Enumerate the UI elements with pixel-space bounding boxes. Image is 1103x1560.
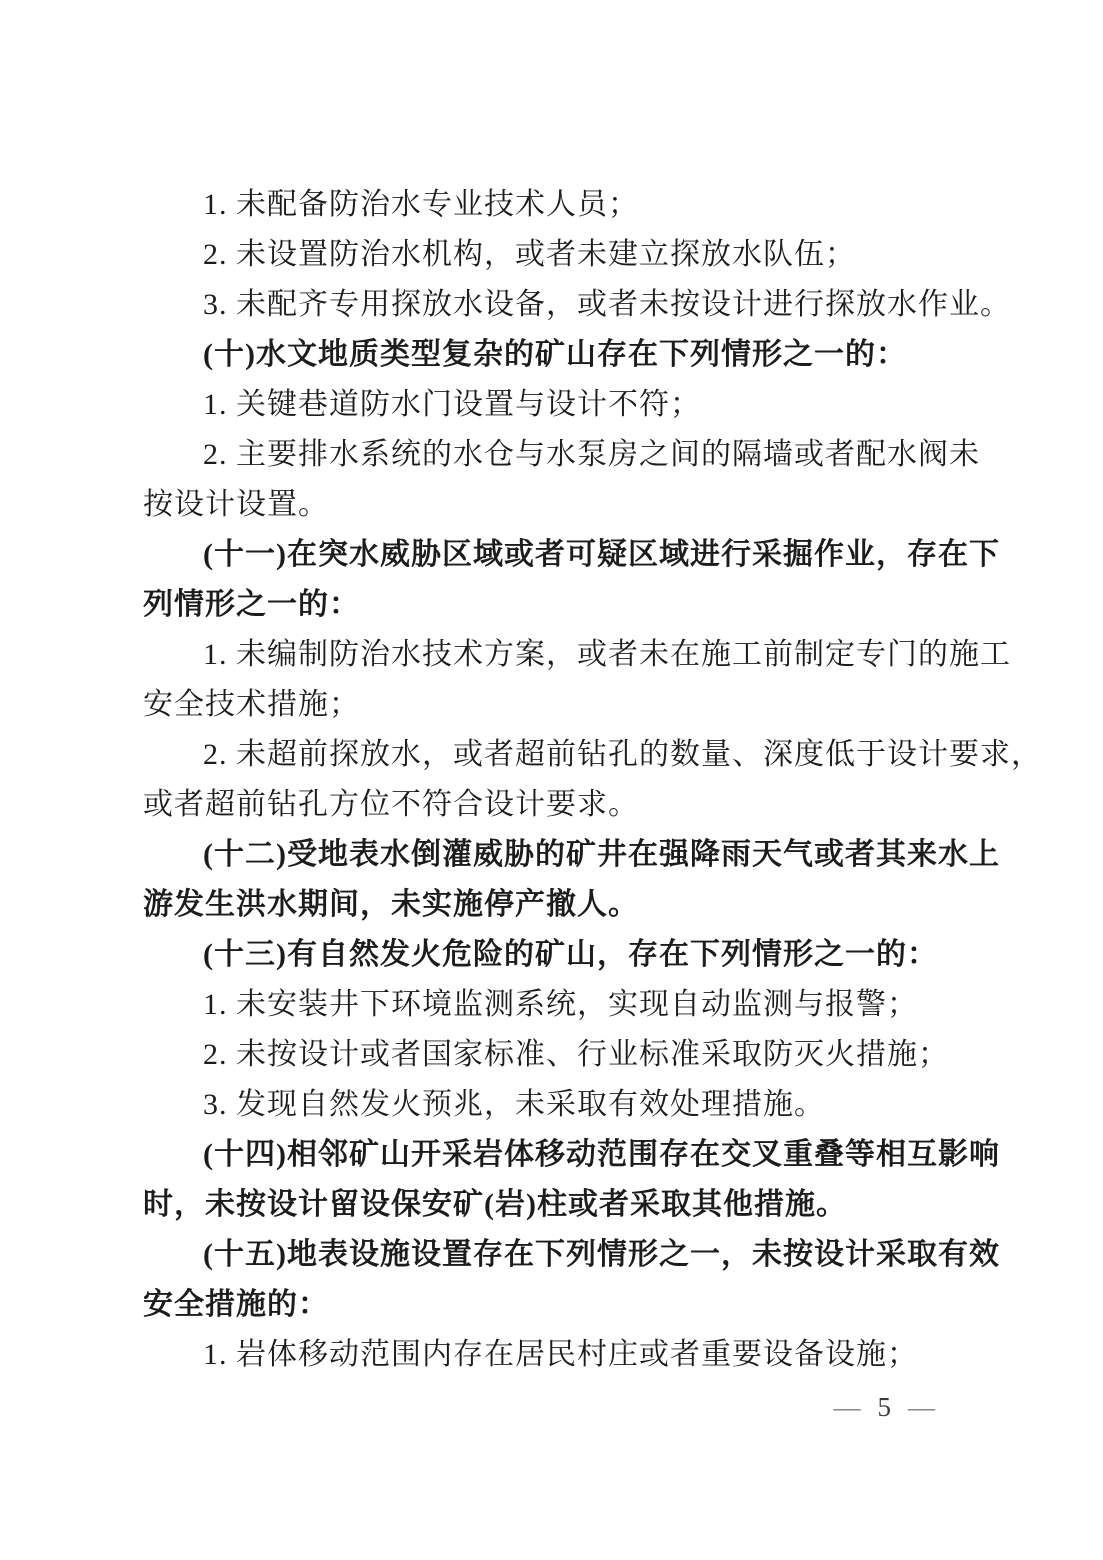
text-line: 时，未按设计留设保安矿(岩)柱或者采取其他措施。 (143, 1180, 975, 1230)
clause-item: 2. 主要排水系统的水仓与水泵房之间的隔墙或者配水阀未 按设计设置。 (143, 430, 975, 530)
text-line: 1. 岩体移动范围内存在居民村庄或者重要设备设施； (143, 1330, 975, 1380)
clause-item: 1. 未安装井下环境监测系统，实现自动监测与报警； (143, 980, 975, 1030)
page-number-dash-right: — (908, 1392, 935, 1423)
text-line: 1. 关键巷道防水门设置与设计不符； (143, 380, 975, 430)
page-body: 1. 未配备防治水专业技术人员； 2. 未设置防治水机构，或者未建立探放水队伍；… (143, 180, 975, 1380)
clause-item: 1. 未编制防治水技术方案，或者未在施工前制定专门的施工 安全技术措施； (143, 630, 975, 730)
page-number: 5 (878, 1392, 892, 1423)
document-page: 1. 未配备防治水专业技术人员； 2. 未设置防治水机构，或者未建立探放水队伍；… (0, 0, 1103, 1560)
text-line: 2. 主要排水系统的水仓与水泵房之间的隔墙或者配水阀未 (143, 430, 975, 480)
clause-header-12: (十二)受地表水倒灌威胁的矿井在强降雨天气或者其来水上 游发生洪水期间，未实施停… (143, 830, 975, 930)
text-line: 1. 未配备防治水专业技术人员； (143, 180, 975, 230)
text-line: 2. 未超前探放水，或者超前钻孔的数量、深度低于设计要求， (143, 730, 975, 780)
clause-header-15: (十五)地表设施设置存在下列情形之一，未按设计采取有效 安全措施的： (143, 1230, 975, 1330)
text-line: 3. 未配齐专用探放水设备，或者未按设计进行探放水作业。 (143, 280, 975, 330)
text-line: (十一)在突水威胁区域或者可疑区域进行采掘作业，存在下 (143, 530, 975, 580)
clause-item: 3. 发现自然发火预兆，未采取有效处理措施。 (143, 1080, 975, 1130)
text-line: (十五)地表设施设置存在下列情形之一，未按设计采取有效 (143, 1230, 975, 1280)
clause-header-10: (十)水文地质类型复杂的矿山存在下列情形之一的： (143, 330, 975, 380)
clause-item: 2. 未超前探放水，或者超前钻孔的数量、深度低于设计要求， 或者超前钻孔方位不符… (143, 730, 975, 830)
text-line: 1. 未编制防治水技术方案，或者未在施工前制定专门的施工 (143, 630, 975, 680)
text-line: 2. 未按设计或者国家标准、行业标准采取防灭火措施； (143, 1030, 975, 1080)
text-line: 安全技术措施； (143, 680, 975, 730)
text-line: (十四)相邻矿山开采岩体移动范围存在交叉重叠等相互影响 (143, 1130, 975, 1180)
clause-item: 3. 未配齐专用探放水设备，或者未按设计进行探放水作业。 (143, 280, 975, 330)
clause-item: 1. 未配备防治水专业技术人员； (143, 180, 975, 230)
text-line: 按设计设置。 (143, 480, 975, 530)
text-line: 游发生洪水期间，未实施停产撤人。 (143, 880, 975, 930)
text-line: (十二)受地表水倒灌威胁的矿井在强降雨天气或者其来水上 (143, 830, 975, 880)
text-line: 列情形之一的： (143, 580, 975, 630)
clause-item: 1. 关键巷道防水门设置与设计不符； (143, 380, 975, 430)
text-line: 2. 未设置防治水机构，或者未建立探放水队伍； (143, 230, 975, 280)
page-footer: — 5 — (834, 1392, 936, 1423)
text-line: (十三)有自然发火危险的矿山，存在下列情形之一的： (143, 930, 975, 980)
text-line: 3. 发现自然发火预兆，未采取有效处理措施。 (143, 1080, 975, 1130)
clause-header-14: (十四)相邻矿山开采岩体移动范围存在交叉重叠等相互影响 时，未按设计留设保安矿(… (143, 1130, 975, 1230)
clause-item: 2. 未按设计或者国家标准、行业标准采取防灭火措施； (143, 1030, 975, 1080)
text-line: 或者超前钻孔方位不符合设计要求。 (143, 780, 975, 830)
page-number-dash-left: — (834, 1392, 861, 1423)
text-line: 1. 未安装井下环境监测系统，实现自动监测与报警； (143, 980, 975, 1030)
text-line: 安全措施的： (143, 1280, 975, 1330)
text-line: (十)水文地质类型复杂的矿山存在下列情形之一的： (143, 330, 975, 380)
clause-item: 2. 未设置防治水机构，或者未建立探放水队伍； (143, 230, 975, 280)
clause-item: 1. 岩体移动范围内存在居民村庄或者重要设备设施； (143, 1330, 975, 1380)
clause-header-13: (十三)有自然发火危险的矿山，存在下列情形之一的： (143, 930, 975, 980)
clause-header-11: (十一)在突水威胁区域或者可疑区域进行采掘作业，存在下 列情形之一的： (143, 530, 975, 630)
